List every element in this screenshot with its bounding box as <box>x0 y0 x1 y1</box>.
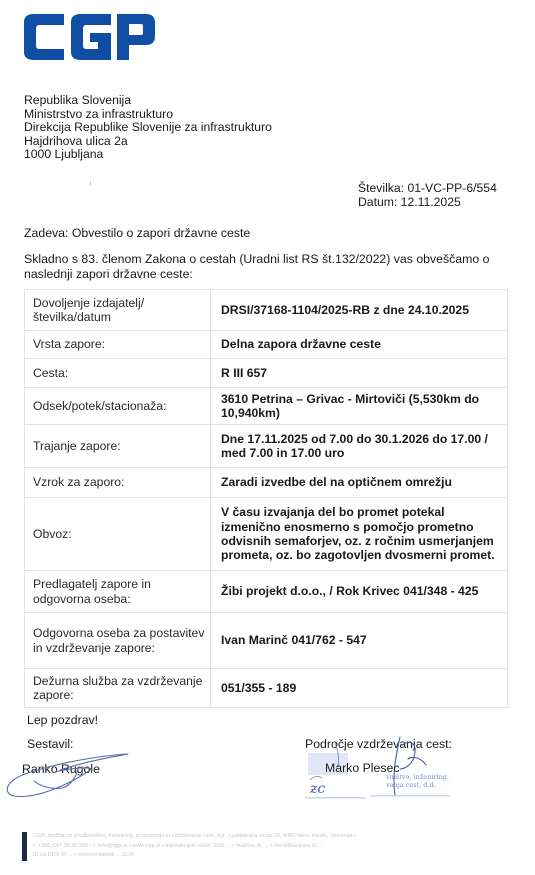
footer-line: CGP, družba za gradbeništvo, inženiring,… <box>33 832 473 842</box>
row-label: Predlagatelj zapore in odgovorna oseba: <box>25 571 211 613</box>
row-value: Dne 17.11.2025 od 7.00 do 30.1.2026 do 1… <box>211 425 508 468</box>
address-line: Ministrstvo za infrastrukturo <box>24 108 272 122</box>
recipient-address: Republika Slovenija Ministrstvo za infra… <box>24 94 272 162</box>
row-value: Žibi projekt d.o.o., / Rok Krivec 041/34… <box>211 571 508 613</box>
row-label: Vrsta zapore: <box>25 331 211 359</box>
row-label: Trajanje zapore: <box>25 425 211 468</box>
cgp-logo <box>22 12 157 62</box>
row-value: DRSI/37168-1104/2025-RB z dne 24.10.2025 <box>211 290 508 331</box>
address-line: Hajdrihova ulica 2a <box>24 135 272 149</box>
document-reference: Številka: 01-VC-PP-6/554 Datum: 12.11.20… <box>358 182 497 210</box>
row-label: Cesta: <box>25 359 211 388</box>
address-line: 1000 Ljubljana <box>24 148 272 162</box>
row-label: Odgovorna oseba za postavitev in vzdržev… <box>25 613 211 669</box>
footer-line: ID za DDV SI ... • osnovni kapital ... E… <box>33 851 473 861</box>
row-value: Zaradi izvedbe del na optičnem omrežju <box>211 468 508 498</box>
row-value: 051/355 - 189 <box>211 669 508 708</box>
table-row: Trajanje zapore: Dne 17.11.2025 od 7.00 … <box>25 425 508 468</box>
greeting: Lep pozdrav! <box>27 713 98 727</box>
table-row: Obvoz: V času izvajanja del bo promet po… <box>25 498 508 571</box>
table-row: Cesta: R III 657 <box>25 359 508 388</box>
stamp-line: vništvo, inženiring, <box>386 773 449 781</box>
address-line: Direkcija Republike Slovenije za infrast… <box>24 121 272 135</box>
table-row: Dežurna služba za vzdrževanje zapore: 05… <box>25 669 508 708</box>
table-row: Predlagatelj zapore in odgovorna oseba: … <box>25 571 508 613</box>
table-row: Vzrok za zaporo: Zaradi izvedbe del na o… <box>25 468 508 498</box>
stamp-text: vništvo, inženiring, vanja cest, d.d. <box>386 773 449 789</box>
signature-author-icon <box>0 748 140 803</box>
table-row: Vrsta zapore: Delna zapora državne ceste <box>25 331 508 359</box>
row-value: Delna zapora državne ceste <box>211 331 508 359</box>
row-label: Dežurna služba za vzdrževanje zapore: <box>25 669 211 708</box>
table-row: Odgovorna oseba za postavitev in vzdržev… <box>25 613 508 669</box>
intro-paragraph: Skladno s 83. členom Zakona o cestah (Ur… <box>24 252 519 282</box>
footer-line: t: +386 (0)7 39 32 200 • f: info@cgp.si … <box>33 842 473 852</box>
cgp-logo-icon <box>22 12 157 62</box>
document-number: Številka: 01-VC-PP-6/554 <box>358 182 497 196</box>
row-value: R III 657 <box>211 359 508 388</box>
subject-line: Zadeva: Obvestilo o zapori državne ceste <box>24 226 250 240</box>
scan-artifact <box>90 182 91 185</box>
document-date: Datum: 12.11.2025 <box>358 196 497 210</box>
svg-text:ƶc: ƶc <box>309 781 325 797</box>
row-label: Dovoljenje izdajatelj/ številka/datum <box>25 290 211 331</box>
row-label: Obvoz: <box>25 498 211 571</box>
row-value: Ivan Marinč 041/762 - 547 <box>211 613 508 669</box>
stamp-line: vanja cest, d.d. <box>386 781 449 789</box>
footer-accent-bar <box>22 832 27 861</box>
closure-details-table: Dovoljenje izdajatelj/ številka/datum DR… <box>24 289 508 708</box>
row-value: 3610 Petrina – Grivac - Mirtoviči (5,530… <box>211 388 508 425</box>
company-footer: CGP, družba za gradbeništvo, inženiring,… <box>33 832 473 861</box>
address-line: Republika Slovenija <box>24 94 272 108</box>
table-row: Dovoljenje izdajatelj/ številka/datum DR… <box>25 290 508 331</box>
row-value: V času izvajanja del bo promet potekal i… <box>211 498 508 571</box>
table-row: Odsek/potek/stacionaža: 3610 Petrina – G… <box>25 388 508 425</box>
row-label: Odsek/potek/stacionaža: <box>25 388 211 425</box>
row-label: Vzrok za zaporo: <box>25 468 211 498</box>
